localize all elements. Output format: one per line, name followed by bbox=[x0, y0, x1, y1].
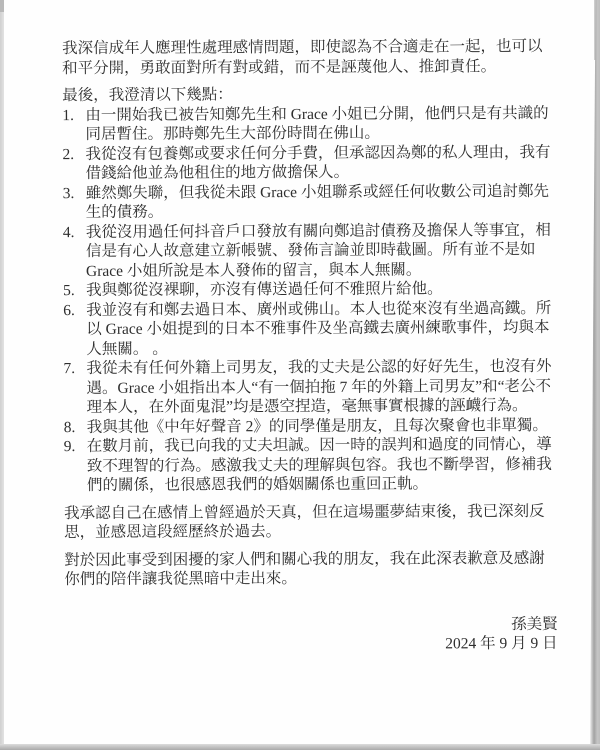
item-number: 6. bbox=[63, 300, 86, 359]
statement-body: 我深信成年人應理性處理感情問題，即使認為不合適走在一起，也可以和平分開，勇敢面對… bbox=[62, 37, 560, 656]
item-number: 4. bbox=[63, 222, 86, 281]
item-text: 我從沒用過任何抖音戶口發放有關向鄭追討債務及擔保人等事宜，相信是有心人故意建立新… bbox=[86, 220, 558, 281]
item-text: 我與其他《中年好聲音 2》的同學僅是朋友，且每次聚會也非單獨。 bbox=[87, 415, 559, 437]
list-item: 7. 我從未有任何外籍上司男友，我的丈夫是公認的好好先生，也沒有外遇。Grace… bbox=[63, 357, 558, 418]
item-text: 雖然鄭失聯，但我從未跟 Grace 小姐聯系或經任何收數公司追討鄭先生的債務。 bbox=[86, 181, 558, 222]
closing-paragraph-thanks: 對於因此事受到困擾的家人們和關心我的朋友，我在此深表歉意及感謝你們的陪伴讓我從黑… bbox=[64, 548, 559, 589]
clarification-heading: 最後，我澄清以下幾點： bbox=[62, 84, 557, 106]
scan-left-edge bbox=[0, 0, 4, 750]
list-item: 2. 我從沒有包養鄭或要求任何分手費，但承認因為鄭的私人理由，我有借錢給他並為他… bbox=[62, 142, 557, 183]
scanned-statement-page: 我深信成年人應理性處理感情問題，即使認為不合適走在一起，也可以和平分開，勇敢面對… bbox=[0, 0, 600, 750]
item-number: 7. bbox=[63, 359, 86, 418]
item-number: 3. bbox=[63, 183, 86, 222]
list-item: 6. 我並沒有和鄭去過日本、廣州或佛山。本人也從來沒有坐過高鐵。所以 Grace… bbox=[63, 298, 558, 359]
scan-left-edge-dark-notch bbox=[0, 0, 4, 12]
item-text: 我從未有任何外籍上司男友，我的丈夫是公認的好好先生，也沒有外遇。Grace 小姐… bbox=[86, 357, 558, 418]
item-number: 9. bbox=[64, 437, 87, 496]
item-number: 8. bbox=[64, 417, 87, 437]
signature-block: 孫美賢 2024 年 9 月 9 日 bbox=[65, 614, 560, 655]
item-text: 我並沒有和鄭去過日本、廣州或佛山。本人也從來沒有坐過高鐵。所以 Grace 小姐… bbox=[86, 298, 558, 359]
list-item: 3. 雖然鄭失聯，但我從未跟 Grace 小姐聯系或經任何收數公司追討鄭先生的債… bbox=[63, 181, 558, 222]
list-item: 8. 我與其他《中年好聲音 2》的同學僅是朋友，且每次聚會也非單獨。 bbox=[64, 415, 559, 437]
item-text: 在數月前，我已向我的丈夫坦誠。因一時的誤判和過度的同情心，導致不理智的行為。感激… bbox=[87, 435, 559, 496]
scan-bottom-edge bbox=[0, 744, 600, 750]
list-item: 4. 我從沒用過任何抖音戶口發放有關向鄭追討債務及擔保人等事宜，相信是有心人故意… bbox=[63, 220, 558, 281]
item-text: 我與鄭從沒裸聊，亦沒有傳送過任何不雅照片給他。 bbox=[86, 279, 558, 301]
signature-date: 2024 年 9 月 9 日 bbox=[65, 634, 558, 656]
list-item: 5. 我與鄭從沒裸聊，亦沒有傳送過任何不雅照片給他。 bbox=[63, 279, 558, 301]
item-number: 5. bbox=[63, 281, 86, 301]
item-number: 1. bbox=[62, 105, 85, 144]
intro-paragraph: 我深信成年人應理性處理感情問題，即使認為不合適走在一起，也可以和平分開，勇敢面對… bbox=[62, 37, 557, 78]
list-item: 9. 在數月前，我已向我的丈夫坦誠。因一時的誤判和過度的同情心，導致不理智的行為… bbox=[64, 435, 559, 496]
closing-paragraph-reflection: 我承認自己在感情上曾經過於天真，但在這場噩夢結束後，我已深刻反思，並感恩這段經歷… bbox=[64, 501, 559, 542]
item-number: 2. bbox=[62, 144, 85, 183]
clarification-list: 1. 由一開始我已被告知鄭先生和 Grace 小姐已分開，他們只是有共識的同居暫… bbox=[62, 103, 559, 495]
list-item: 1. 由一開始我已被告知鄭先生和 Grace 小姐已分開，他們只是有共識的同居暫… bbox=[62, 103, 557, 144]
signature-name: 孫美賢 bbox=[65, 614, 558, 636]
scan-right-edge bbox=[590, 0, 600, 750]
item-text: 由一開始我已被告知鄭先生和 Grace 小姐已分開，他們只是有共識的同居暫住。那… bbox=[85, 103, 557, 144]
item-text: 我從沒有包養鄭或要求任何分手費，但承認因為鄭的私人理由，我有借錢給他並為他租住的… bbox=[85, 142, 557, 183]
